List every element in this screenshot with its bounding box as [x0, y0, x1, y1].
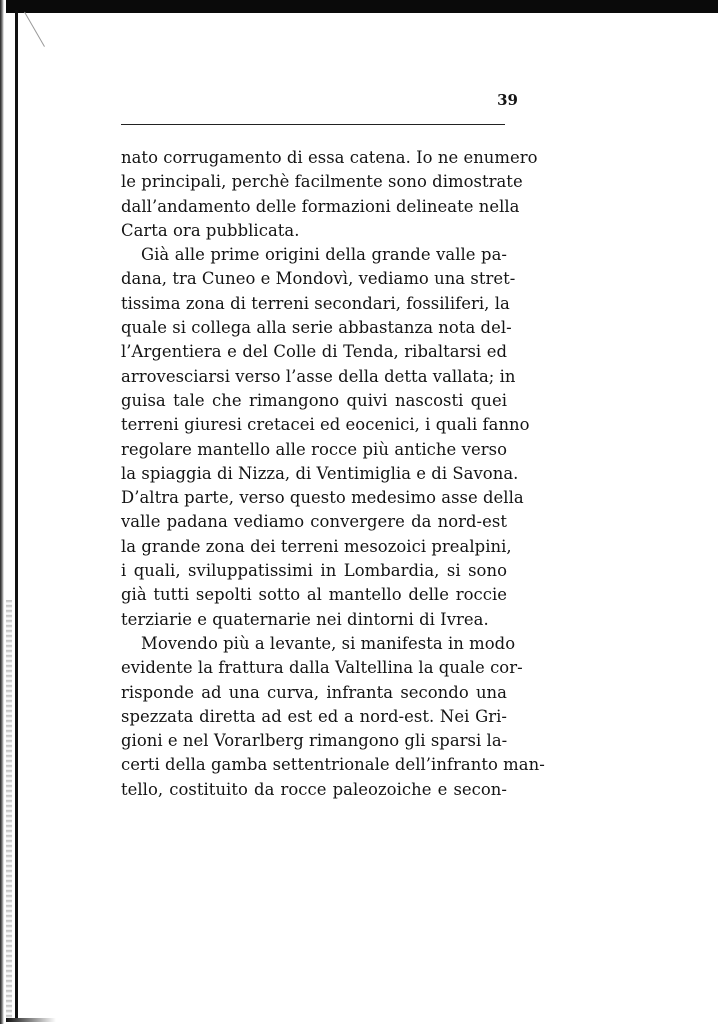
text-line: regolare mantello alle rocce più antiche… [121, 438, 507, 462]
scan-left-speckle [6, 600, 12, 1020]
text-line: guisa tale che rimangono quivi nascosti … [121, 389, 507, 413]
text-line: l’Argentiera e del Colle di Tenda, ribal… [121, 340, 507, 364]
text-line: i quali, sviluppatissimi in Lombardia, s… [121, 559, 507, 583]
text-line: evidente la frattura dalla Valtellina la… [121, 656, 507, 680]
text-line: tissima zona di terreni secondari, fossi… [121, 292, 507, 316]
text-line: terziarie e quaternarie nei dintorni di … [121, 608, 507, 632]
scan-crease [24, 12, 45, 47]
text-line: Già alle prime origini della grande vall… [121, 243, 507, 267]
scan-top-border [0, 0, 718, 13]
text-line: le principali, perchè facilmente sono di… [121, 170, 507, 194]
binding-rule [15, 10, 18, 1022]
text-line: tello, costituito da rocce paleozoiche e… [121, 778, 507, 802]
text-line: già tutti sepolti sotto al mantello dell… [121, 583, 507, 607]
text-line: terreni giuresi cretacei ed eocenici, i … [121, 413, 507, 437]
scan-bottom-edge [6, 1018, 56, 1022]
text-line: Carta ora pubblicata. [121, 219, 507, 243]
text-line: dall’andamento delle formazioni delineat… [121, 195, 507, 219]
text-line: arrovesciarsi verso l’asse della detta v… [121, 365, 507, 389]
text-line: valle padana vediamo convergere da nord-… [121, 510, 507, 534]
text-line: Movendo più a levante, si manifesta in m… [121, 632, 507, 656]
text-line: la spiaggia di Nizza, di Ventimiglia e d… [121, 462, 507, 486]
text-line: quale si collega alla serie abbastanza n… [121, 316, 507, 340]
body-text: nato corrugamento di essa catena. Io ne … [121, 146, 507, 802]
text-line: la grande zona dei terreni mesozoici pre… [121, 535, 507, 559]
text-line: nato corrugamento di essa catena. Io ne … [121, 146, 507, 170]
text-line: D’altra parte, verso questo medesimo ass… [121, 486, 507, 510]
header-rule [121, 124, 505, 125]
text-line: dana, tra Cuneo e Mondovì, vediamo una s… [121, 267, 507, 291]
text-line: risponde ad una curva, infranta secondo … [121, 681, 507, 705]
page-number: 39 [488, 91, 518, 109]
text-line: certi della gamba settentrionale dell’in… [121, 753, 507, 777]
text-line: spezzata diretta ad est ed a nord-est. N… [121, 705, 507, 729]
text-line: gioni e nel Vorarlberg rimangono gli spa… [121, 729, 507, 753]
